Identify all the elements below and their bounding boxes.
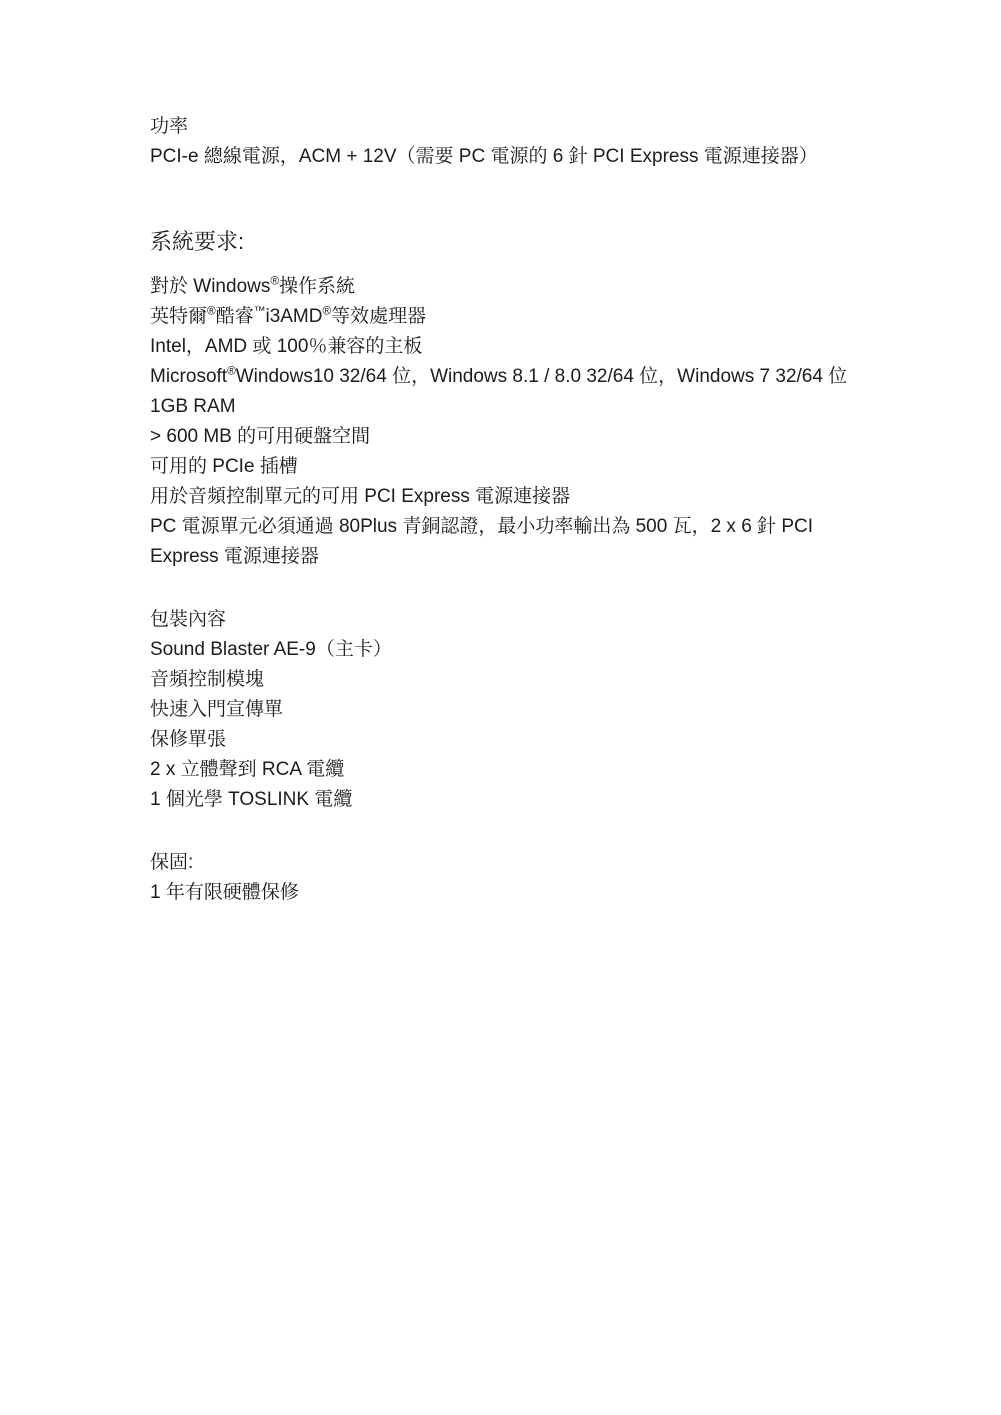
sysreq-pcie-slot: 可用的 PCIe 插槽 [150, 452, 881, 482]
section-package-contents: 包裝內容 Sound Blaster AE-9（主卡） 音頻控制模塊 快速入門宣… [150, 605, 881, 815]
package-audio-control-module: 音頻控制模塊 [150, 665, 881, 695]
package-toslink-cable: 1 個光學 TOSLINK 電纜 [150, 785, 881, 815]
package-main-card: Sound Blaster AE-9（主卡） [150, 635, 881, 665]
package-warranty-leaflet: 保修單張 [150, 725, 881, 755]
package-title: 包裝內容 [150, 605, 881, 635]
section-system-requirements: 對於 Windows®操作系統 英特爾®酷睿™i3AMD®等效處理器 Intel… [150, 272, 881, 572]
sysreq-psu-line1: PC 電源單元必須通過 80Plus 青銅認證，最小功率輸出為 500 瓦，2 … [150, 512, 881, 542]
system-requirements-heading: 系統要求: [150, 225, 881, 259]
power-title: 功率 [150, 112, 881, 142]
sysreq-motherboard: Intel，AMD 或 100％兼容的主板 [150, 332, 881, 362]
sysreq-processor: 英特爾®酷睿™i3AMD®等效處理器 [150, 302, 881, 332]
package-quick-start-leaflet: 快速入門宣傳單 [150, 695, 881, 725]
document-page: 功率 PCI-e 總線電源，ACM + 12V（需要 PC 電源的 6 針 PC… [0, 0, 1001, 1415]
section-power: 功率 PCI-e 總線電源，ACM + 12V（需要 PC 電源的 6 針 PC… [150, 112, 881, 172]
sysreq-psu-line2: Express 電源連接器 [150, 542, 881, 572]
package-rca-cables: 2 x 立體聲到 RCA 電纜 [150, 755, 881, 785]
warranty-detail: 1 年有限硬體保修 [150, 878, 881, 908]
power-detail: PCI-e 總線電源，ACM + 12V（需要 PC 電源的 6 針 PCI E… [150, 142, 881, 172]
warranty-title: 保固: [150, 848, 881, 878]
section-warranty: 保固: 1 年有限硬體保修 [150, 848, 881, 908]
sysreq-power-connector: 用於音頻控制單元的可用 PCI Express 電源連接器 [150, 482, 881, 512]
sysreq-disk-space: > 600 MB 的可用硬盤空間 [150, 422, 881, 452]
sysreq-os-support: 對於 Windows®操作系統 [150, 272, 881, 302]
sysreq-windows-versions: Microsoft®Windows10 32/64 位，Windows 8.1 … [150, 362, 881, 392]
sysreq-ram: 1GB RAM [150, 392, 881, 422]
